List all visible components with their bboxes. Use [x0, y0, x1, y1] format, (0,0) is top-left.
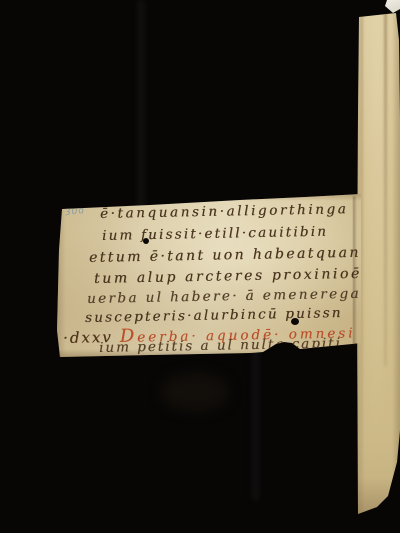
manuscript-photo: 30d ē·tanquansin·alligorthinga ium fuiss…	[0, 0, 400, 533]
ink-tick	[54, 199, 57, 204]
manuscript-fragment: 30d ē·tanquansin·alligorthinga ium fuiss…	[55, 193, 362, 359]
clipped-manuscript-line: ium petitis a ul nulta capiti	[99, 335, 342, 356]
corner-paper-patch	[385, 0, 400, 14]
backdrop-smudge	[160, 372, 230, 412]
ink-tick	[54, 193, 57, 199]
wormhole	[291, 318, 299, 325]
wormhole	[143, 238, 149, 244]
fragment-strip-seam-shadow	[353, 196, 357, 345]
